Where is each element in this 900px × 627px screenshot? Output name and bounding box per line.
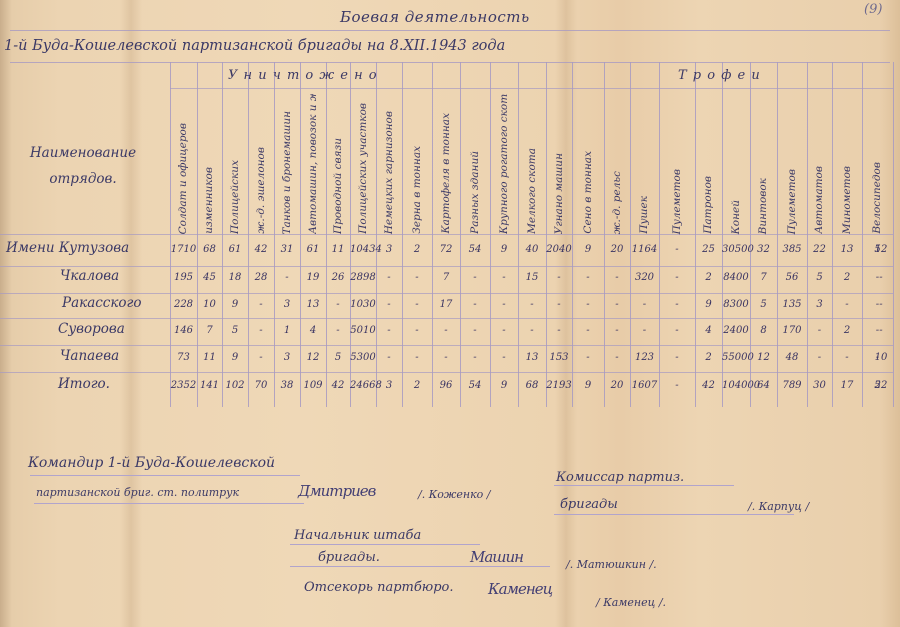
table-cell: 22: [807, 244, 832, 255]
column-header: Полицейских участков: [350, 88, 376, 234]
table-cell: 32: [750, 244, 777, 255]
column-header: Картофеля в тоннах: [432, 88, 460, 234]
table-cell: -: [402, 325, 432, 336]
table-cell: -: [572, 299, 604, 310]
table-cell: 54: [460, 380, 490, 391]
column-header-label: Крупного рогатого скота: [499, 94, 510, 234]
column-header-label: Проводной связи: [333, 138, 344, 234]
column-header: Крупного рогатого скота: [490, 88, 518, 234]
table-cell: -: [376, 272, 402, 283]
document-subtitle: 1-й Буда-Кошелевской партизанской бригад…: [4, 38, 505, 54]
column-header: Патронов: [695, 88, 722, 234]
row-label: Чкалова: [60, 268, 119, 284]
ruled-line: [290, 566, 550, 567]
row-label: Суворова: [58, 321, 125, 337]
grid-hline: [0, 266, 893, 267]
ruled-line: [10, 30, 890, 31]
table-cell: 123: [630, 352, 659, 363]
secretary-title: Отсекорь партбюро.: [304, 580, 454, 595]
column-header: Солдат и офицеров: [170, 88, 197, 234]
table-cell: 2193: [546, 380, 572, 391]
table-cell: 7: [750, 272, 777, 283]
paper-fold: [120, 0, 142, 627]
table-cell: 11: [197, 352, 222, 363]
table-cell: 5: [222, 325, 248, 336]
table-cell: 15: [518, 272, 546, 283]
table-cell: 1030: [350, 299, 376, 310]
table-cell: 25: [695, 244, 722, 255]
table-cell: -: [248, 325, 274, 336]
table-cell: -: [274, 272, 300, 283]
table-cell: -: [604, 272, 630, 283]
table-cell: -: [659, 244, 695, 255]
table-cell: 19: [300, 272, 326, 283]
ruled-line: [554, 514, 794, 515]
table-cell: 3: [274, 352, 300, 363]
table-cell: 1607: [630, 380, 659, 391]
row-label: Ракасского: [62, 295, 142, 311]
column-header-label: Солдат и офицеров: [178, 123, 189, 234]
table-cell: 20: [604, 380, 630, 391]
table-cell: 5300: [350, 352, 376, 363]
commissar-title-line2: бригады: [560, 497, 618, 512]
table-cell: 61: [222, 244, 248, 255]
table-cell: -: [490, 325, 518, 336]
table-cell: 1710: [170, 244, 197, 255]
table-cell: -: [659, 380, 695, 391]
table-cell: 9: [572, 380, 604, 391]
group-label-destroyed: У н и ч т о ж е н о: [228, 68, 628, 83]
column-header-label: Угнано машин: [554, 153, 565, 234]
table-cell: 141: [197, 380, 222, 391]
table-cell: 13: [832, 244, 862, 255]
group-label-trophies: Т р о ф е и: [678, 68, 878, 83]
ruled-line: [30, 475, 300, 476]
table-cell: 7: [197, 325, 222, 336]
commander-signature: Дмитриев: [298, 482, 375, 500]
table-cell: -: [659, 299, 695, 310]
table-cell: 20: [604, 244, 630, 255]
table-cell: 5: [326, 352, 350, 363]
document-title: Боевая деятельность: [340, 8, 530, 26]
table-cell: 2898: [350, 272, 376, 283]
column-header: Угнано машин: [546, 88, 572, 234]
table-cell: 2: [402, 380, 432, 391]
table-cell: 10434: [350, 244, 376, 255]
table-cell: 73: [170, 352, 197, 363]
table-cell: 3: [807, 299, 832, 310]
table-cell: 228: [170, 299, 197, 310]
table-cell: 8400: [722, 272, 750, 283]
column-header: Винтовок: [750, 88, 777, 234]
ruled-line: [34, 503, 304, 504]
table-cell: 9: [490, 244, 518, 255]
column-header-label: Немецких гарнизонов: [384, 111, 395, 234]
grid-hline: [0, 345, 893, 346]
table-cell: -: [546, 299, 572, 310]
row-header: Наименование отрядов.: [8, 140, 158, 192]
table-cell: -: [432, 352, 460, 363]
table-cell: 38: [274, 380, 300, 391]
column-header: Проводной связи: [326, 88, 350, 234]
table-cell: -: [326, 325, 350, 336]
table-cell: -: [630, 299, 659, 310]
column-header-label: Полицейских: [230, 160, 241, 234]
chief-of-staff-signature: Машин: [470, 548, 523, 566]
table-cell: 13: [300, 299, 326, 310]
column-header: Разных зданий: [460, 88, 490, 234]
table-cell: 13: [518, 352, 546, 363]
column-header: изменников: [197, 88, 222, 234]
column-header-label: Велосипедов: [872, 162, 883, 234]
table-cell: 3: [376, 244, 402, 255]
table-cell: 40: [518, 244, 546, 255]
table-cell: 2: [832, 325, 862, 336]
table-cell: -: [460, 352, 490, 363]
table-cell: 3: [274, 299, 300, 310]
table-cell: -: [807, 325, 832, 336]
table-cell: -: [402, 272, 432, 283]
grid-hline: [0, 293, 893, 294]
table-cell: 146: [170, 325, 197, 336]
table-cell: 385: [777, 244, 807, 255]
ruled-line: [10, 62, 890, 63]
table-cell: 9: [572, 244, 604, 255]
table-cell: 10: [197, 299, 222, 310]
table-cell: 26: [326, 272, 350, 283]
table-cell: 30500: [722, 244, 750, 255]
table-cell: 12: [750, 352, 777, 363]
chief-of-staff-title-line2: бригады.: [318, 550, 380, 565]
table-cell: 1: [274, 325, 300, 336]
table-cell: -: [604, 325, 630, 336]
table-cell: 22: [868, 380, 894, 391]
table-cell: 48: [777, 352, 807, 363]
column-header: Сено в тоннах: [572, 88, 604, 234]
table-cell: -: [659, 325, 695, 336]
table-cell: 11: [326, 244, 350, 255]
table-cell: 12: [300, 352, 326, 363]
table-cell: -: [490, 272, 518, 283]
table-cell: -: [546, 272, 572, 283]
grid-hline: [0, 372, 893, 373]
table-cell: -: [460, 325, 490, 336]
row-header-line2: отрядов.: [8, 166, 158, 192]
table-cell: 153: [546, 352, 572, 363]
table-cell: 9: [490, 380, 518, 391]
table-cell: 96: [432, 380, 460, 391]
table-cell: -: [376, 352, 402, 363]
table-cell: 5: [807, 272, 832, 283]
table-cell: 8: [750, 325, 777, 336]
table-cell: 3: [376, 380, 402, 391]
column-header: Автомашин, повозок и ж.-д. мостов: [300, 88, 326, 234]
table-cell: -: [659, 272, 695, 283]
table-cell: -: [832, 352, 862, 363]
table-cell: 42: [326, 380, 350, 391]
column-header: Коней: [722, 88, 750, 234]
table-cell: -: [604, 352, 630, 363]
column-header: Пулеметов: [777, 88, 807, 234]
column-header-label: Винтовок: [758, 178, 769, 234]
column-header: Мелкого скота: [518, 88, 546, 234]
table-cell: -: [832, 299, 862, 310]
commander-title-line2: партизанской бриг. ст. политрук: [36, 486, 239, 499]
table-cell: -: [868, 325, 894, 336]
table-cell: 18: [222, 272, 248, 283]
table-cell: 61: [300, 244, 326, 255]
column-header: Велосипедов: [862, 88, 893, 234]
table-cell: 72: [432, 244, 460, 255]
table-cell: 10: [868, 352, 894, 363]
ruled-line: [290, 544, 480, 545]
table-cell: -: [490, 352, 518, 363]
table-cell: 2: [695, 272, 722, 283]
table-cell: 31: [274, 244, 300, 255]
table-cell: -: [572, 352, 604, 363]
table-cell: -: [604, 299, 630, 310]
table-cell: -: [518, 325, 546, 336]
commander-title-line1: Командир 1-й Буда-Кошелевской: [28, 455, 275, 471]
table-cell: 2: [832, 272, 862, 283]
chief-of-staff-title-line1: Начальник штаба: [294, 528, 421, 543]
table-cell: -: [572, 272, 604, 283]
column-header-label: Полицейских участков: [358, 103, 369, 234]
table-cell: 64: [750, 380, 777, 391]
grid-hline: [0, 318, 893, 319]
table-cell: -: [572, 325, 604, 336]
commissar-title-line1: Комиссар партиз.: [556, 470, 684, 485]
table-cell: 5: [750, 299, 777, 310]
column-header: Немецких гарнизонов: [376, 88, 402, 234]
column-header-label: Автоматов: [814, 166, 825, 234]
table-cell: 320: [630, 272, 659, 283]
column-header: Минометов: [832, 88, 862, 234]
table-cell: 2352: [170, 380, 197, 391]
column-header-label: Мелкого скота: [527, 148, 538, 234]
table-cell: 70: [248, 380, 274, 391]
table-cell: 56: [777, 272, 807, 283]
table-cell: -: [630, 325, 659, 336]
column-header-label: Пушек: [639, 196, 650, 234]
column-header-label: Коней: [731, 200, 742, 234]
table-cell: -: [659, 352, 695, 363]
secretary-name: / Каменец /.: [596, 596, 666, 609]
column-header: Пушек: [630, 88, 659, 234]
table-cell: -: [248, 352, 274, 363]
column-header-label: Танков и бронемашин: [282, 111, 293, 235]
table-cell: -: [460, 272, 490, 283]
table-cell: 2: [695, 352, 722, 363]
table-cell: 789: [777, 380, 807, 391]
table-cell: -: [518, 299, 546, 310]
table-cell: 9: [222, 352, 248, 363]
column-header-label: ж.-д. рельс: [612, 171, 623, 234]
page-number: (9): [864, 2, 882, 17]
table-cell: 9: [222, 299, 248, 310]
table-cell: -: [868, 272, 894, 283]
column-header-label: Сено в тоннах: [583, 151, 594, 234]
table-cell: 42: [248, 244, 274, 255]
table-cell: 2400: [722, 325, 750, 336]
table-cell: 24668: [350, 380, 376, 391]
table-cell: -: [432, 325, 460, 336]
table-cell: -: [460, 299, 490, 310]
table-cell: 109: [300, 380, 326, 391]
table-cell: -: [402, 352, 432, 363]
row-label: Имени Кутузова: [6, 240, 129, 256]
table-cell: 42: [695, 380, 722, 391]
column-header-label: Картофеля в тоннах: [441, 113, 452, 234]
column-header: Полицейских: [222, 88, 248, 234]
commander-name: /. Коженко /: [418, 488, 491, 501]
secretary-signature: Каменец: [488, 580, 552, 598]
column-header: Автоматов: [807, 88, 832, 234]
table-cell: -: [868, 299, 894, 310]
table-cell: 45: [197, 272, 222, 283]
ruled-line: [554, 485, 734, 486]
table-cell: 30: [807, 380, 832, 391]
column-header-label: Зерна в тоннах: [412, 146, 423, 234]
table-cell: 4: [300, 325, 326, 336]
table-cell: 1164: [630, 244, 659, 255]
table-cell: 9: [695, 299, 722, 310]
chief-of-staff-name: /. Матюшкин /.: [566, 558, 657, 571]
column-header-label: ж.-д. эшелонов: [256, 147, 267, 234]
table-cell: -: [807, 352, 832, 363]
table-cell: 195: [170, 272, 197, 283]
table-cell: 17: [432, 299, 460, 310]
table-cell: 7: [432, 272, 460, 283]
table-cell: 17: [832, 380, 862, 391]
table-cell: 170: [777, 325, 807, 336]
table-cell: 2040: [546, 244, 572, 255]
table-cell: 8300: [722, 299, 750, 310]
table-cell: -: [490, 299, 518, 310]
column-header: ж.-д. рельс: [604, 88, 630, 234]
column-header-label: изменников: [204, 167, 215, 234]
table-cell: 135: [777, 299, 807, 310]
table-cell: 68: [197, 244, 222, 255]
column-header: Танков и бронемашин: [274, 88, 300, 234]
table-cell: 68: [518, 380, 546, 391]
row-label: Итого.: [58, 376, 110, 392]
table-cell: -: [546, 325, 572, 336]
table-cell: 12: [868, 244, 894, 255]
table-cell: 4: [695, 325, 722, 336]
table-cell: 2: [402, 244, 432, 255]
column-header-label: Пулеметов: [787, 169, 798, 234]
table-cell: -: [376, 299, 402, 310]
column-header-label: Разных зданий: [470, 151, 481, 234]
column-header-label: Минометов: [842, 166, 853, 234]
row-header-line1: Наименование: [8, 140, 158, 166]
table-cell: 5010: [350, 325, 376, 336]
column-header-label: Патронов: [703, 176, 714, 234]
table-cell: 102: [222, 380, 248, 391]
table-cell: 104000: [722, 380, 750, 391]
table-cell: 54: [460, 244, 490, 255]
column-header-label: Автомашин, повозок и ж.-д. мостов: [308, 94, 319, 234]
column-header: Зерна в тоннах: [402, 88, 432, 234]
table-cell: -: [402, 299, 432, 310]
row-label: Чапаева: [60, 348, 119, 364]
column-header: Пулеметов: [659, 88, 695, 234]
column-header: ж.-д. эшелонов: [248, 88, 274, 234]
document-page: (9) Боевая деятельность 1-й Буда-Кошелев…: [0, 0, 900, 627]
commissar-name: /. Карпуц /: [748, 500, 809, 513]
table-cell: 28: [248, 272, 274, 283]
table-cell: -: [248, 299, 274, 310]
table-cell: -: [376, 325, 402, 336]
table-cell: -: [326, 299, 350, 310]
column-header-label: Пулеметов: [672, 169, 683, 234]
table-cell: 55000: [722, 352, 750, 363]
